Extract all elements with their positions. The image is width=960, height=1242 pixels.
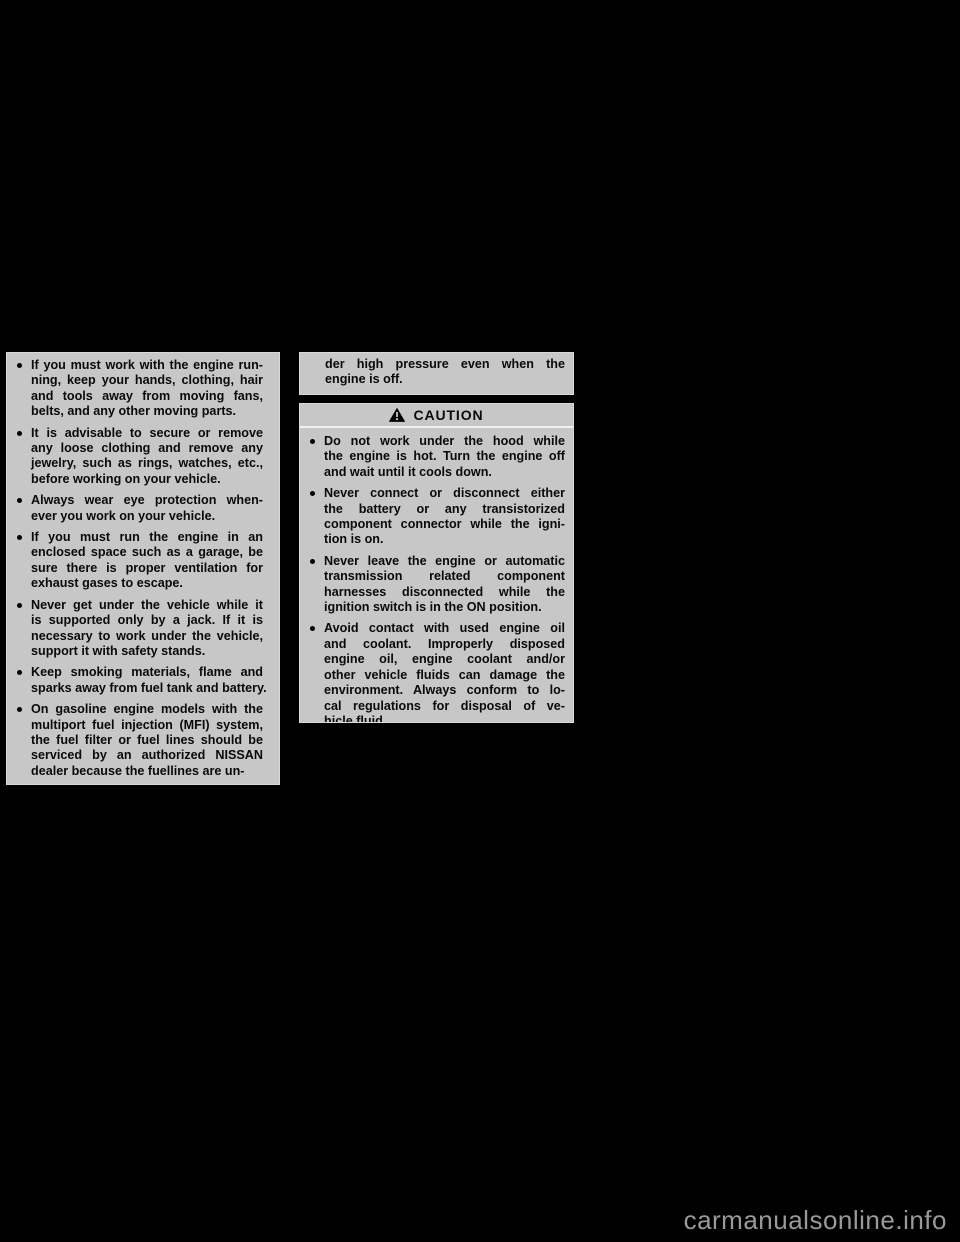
bullet-item: Do not work under the hood whilethe engi…: [300, 434, 565, 480]
text-line: If you must run the engine in an: [31, 530, 263, 545]
bullet-text: Never leave the engine or automatictrans…: [324, 554, 565, 616]
text-line: hicle fluid.: [324, 714, 565, 723]
bullet-item: It is advisable to secure or removeany l…: [7, 426, 263, 488]
text-line: any loose clothing and remove any: [31, 441, 263, 456]
bullet-item: If you must work with the engine run-nin…: [7, 358, 263, 420]
bullet-text: Do not work under the hood whilethe engi…: [324, 434, 565, 480]
text-line: sparks away from fuel tank and battery.: [31, 681, 263, 696]
bullet-item: If you must run the engine in anenclosed…: [7, 530, 263, 592]
warning-triangle-icon: [389, 408, 405, 422]
text-line: the fuel filter or fuel lines should be: [31, 733, 263, 748]
text-line: other vehicle fluids can damage the: [324, 668, 565, 683]
text-line: is supported only by a jack. If it is: [31, 613, 263, 628]
text-line: engine oil, engine coolant and/or: [324, 652, 565, 667]
text-line: It is advisable to secure or remove: [31, 426, 263, 441]
bullet-text: On gasoline engine models with themultip…: [31, 702, 263, 779]
left-bullet-list: If you must work with the engine run-nin…: [7, 356, 271, 779]
text-line: component connector while the igni-: [324, 517, 565, 532]
bullet-icon: [17, 363, 22, 368]
text-line: transmission related component: [324, 569, 565, 584]
bullet-item: Never get under the vehicle while itis s…: [7, 598, 263, 660]
bullet-item: Avoid contact with used engine oiland co…: [300, 621, 565, 723]
watermark: carmanualsonline.info: [684, 1205, 947, 1236]
text-line: necessary to work under the vehicle,: [31, 629, 263, 644]
text-line: Avoid contact with used engine oil: [324, 621, 565, 636]
text-line: support it with safety stands.: [31, 644, 263, 659]
text-line: ever you work on your vehicle.: [31, 509, 263, 524]
text-line: belts, and any other moving parts.: [31, 404, 263, 419]
text-line: and tools away from moving fans,: [31, 389, 263, 404]
text-line: Do not work under the hood while: [324, 434, 565, 449]
text-line: environment. Always conform to lo-: [324, 683, 565, 698]
bullet-icon: [17, 431, 22, 436]
bullet-item: Never connect or disconnect eitherthe ba…: [300, 486, 565, 548]
caution-box: CAUTION Do not work under the hood while…: [299, 403, 574, 723]
bullet-icon: [310, 626, 315, 631]
bullet-text: If you must work with the engine run-nin…: [31, 358, 263, 420]
bullet-item: On gasoline engine models with themultip…: [7, 702, 263, 779]
text-line: cal regulations for disposal of ve-: [324, 699, 565, 714]
text-line: and coolant. Improperly disposed: [324, 637, 565, 652]
text-line: If you must work with the engine run-: [31, 358, 263, 373]
text-line: before working on your vehicle.: [31, 472, 263, 487]
bullet-icon: [310, 491, 315, 496]
text-line: multiport fuel injection (MFI) system,: [31, 718, 263, 733]
continuation-text: der high pressure even when theengine is…: [325, 357, 565, 388]
text-line: On gasoline engine models with the: [31, 702, 263, 717]
bullet-icon: [310, 439, 315, 444]
text-line: ning, keep your hands, clothing, hair: [31, 373, 263, 388]
text-line: engine is off.: [325, 372, 565, 387]
caution-bullet-list: Do not work under the hood whilethe engi…: [300, 428, 573, 723]
text-line: enclosed space such as a garage, be: [31, 545, 263, 560]
text-line: the engine is hot. Turn the engine off: [324, 449, 565, 464]
bullet-text: Never connect or disconnect eitherthe ba…: [324, 486, 565, 548]
bullet-text: Avoid contact with used engine oiland co…: [324, 621, 565, 723]
continuation-box: der high pressure even when theengine is…: [299, 352, 574, 395]
bullet-icon: [17, 670, 22, 675]
bullet-icon: [17, 535, 22, 540]
bullet-text: Keep smoking materials, flame andsparks …: [31, 665, 263, 696]
safety-precautions-box: If you must work with the engine run-nin…: [6, 352, 280, 785]
bullet-text: Always wear eye protection when-ever you…: [31, 493, 263, 524]
manual-page: If you must work with the engine run-nin…: [0, 0, 960, 1242]
text-line: Keep smoking materials, flame and: [31, 665, 263, 680]
text-line: tion is on.: [324, 532, 565, 547]
text-line: sure there is proper ventilation for: [31, 561, 263, 576]
bullet-icon: [17, 603, 22, 608]
text-line: Never get under the vehicle while it: [31, 598, 263, 613]
bullet-item: Never leave the engine or automatictrans…: [300, 554, 565, 616]
caution-title: CAUTION: [413, 408, 483, 423]
text-line: Always wear eye protection when-: [31, 493, 263, 508]
text-line: dealer because the fuellines are un-: [31, 764, 263, 779]
bullet-icon: [310, 559, 315, 564]
text-line: ignition switch is in the ON position.: [324, 600, 565, 615]
bullet-text: If you must run the engine in anenclosed…: [31, 530, 263, 592]
caution-header: CAUTION: [300, 405, 573, 428]
text-line: Never leave the engine or automatic: [324, 554, 565, 569]
bullet-item: Keep smoking materials, flame andsparks …: [7, 665, 263, 696]
bullet-item: Always wear eye protection when-ever you…: [7, 493, 263, 524]
bullet-text: Never get under the vehicle while itis s…: [31, 598, 263, 660]
text-line: the battery or any transistorized: [324, 502, 565, 517]
text-line: Never connect or disconnect either: [324, 486, 565, 501]
bullet-icon: [17, 498, 22, 503]
text-line: jewelry, such as rings, watches, etc.,: [31, 456, 263, 471]
text-line: serviced by an authorized NISSAN: [31, 748, 263, 763]
text-line: der high pressure even when the: [325, 357, 565, 372]
bullet-text: It is advisable to secure or removeany l…: [31, 426, 263, 488]
text-line: harnesses disconnected while the: [324, 585, 565, 600]
bullet-icon: [17, 707, 22, 712]
text-line: exhaust gases to escape.: [31, 576, 263, 591]
text-line: and wait until it cools down.: [324, 465, 565, 480]
